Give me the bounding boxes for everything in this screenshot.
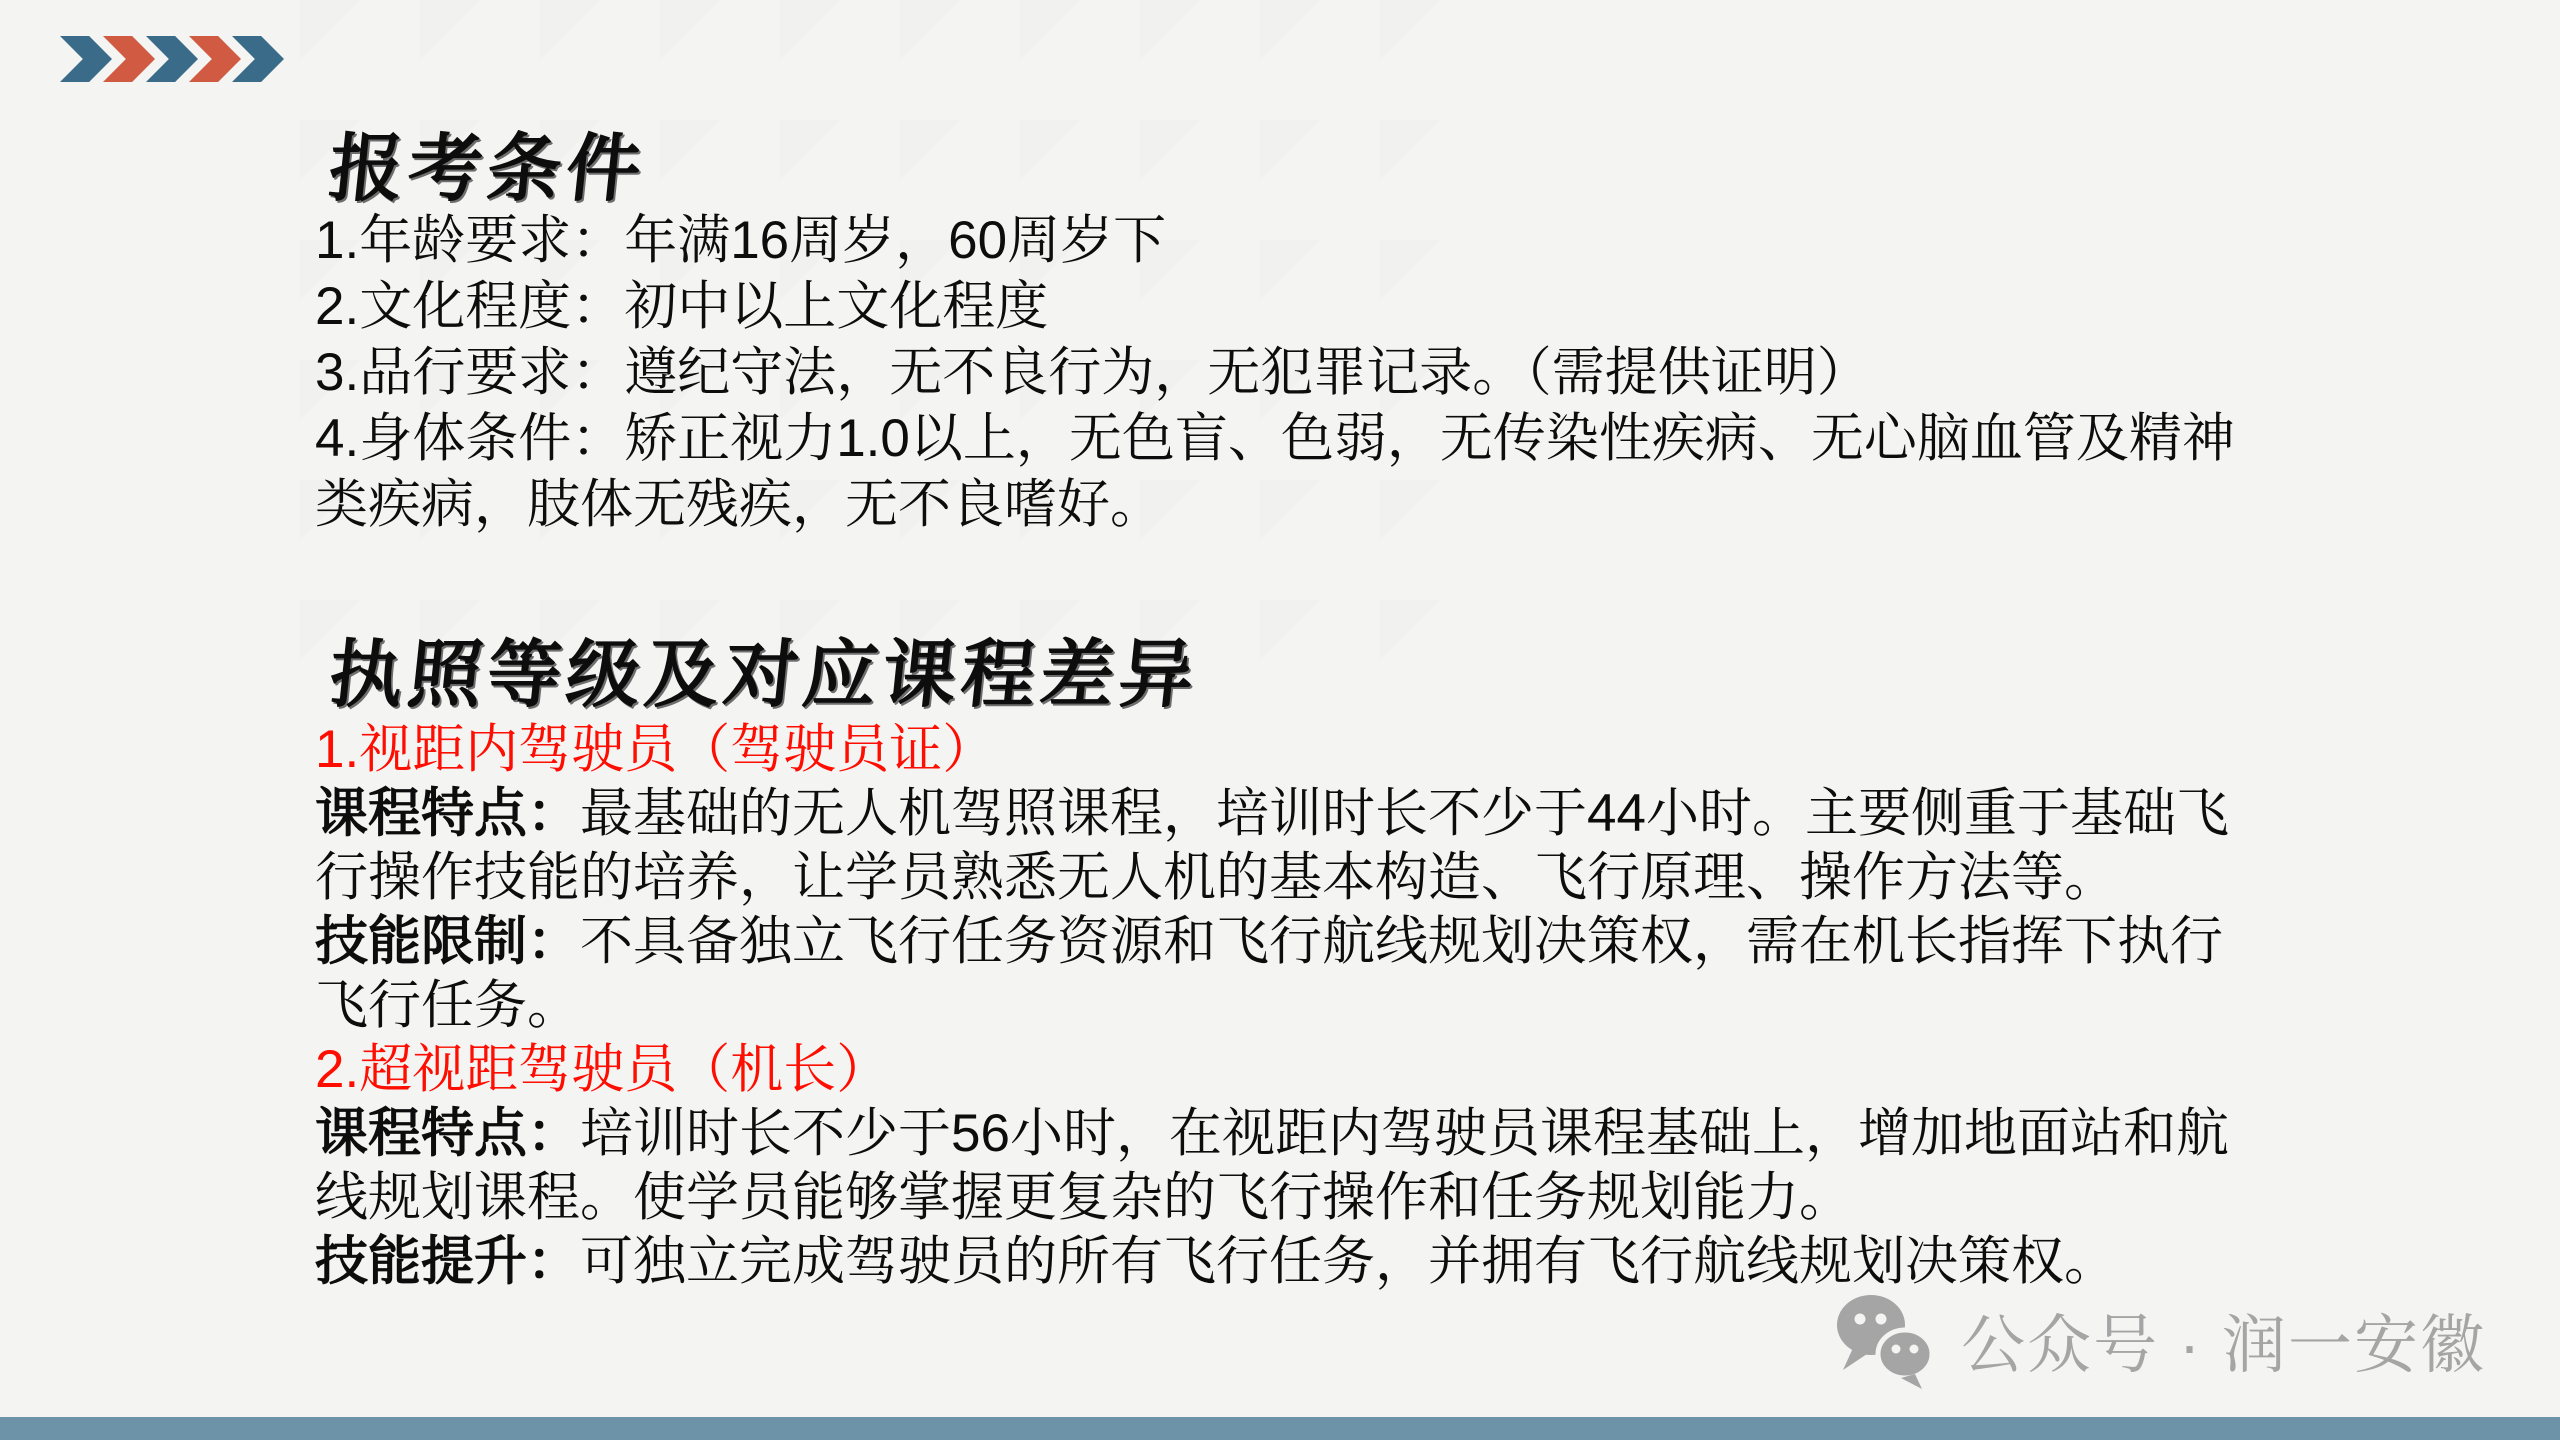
section-title-license: 执照等级及对应课程差异 bbox=[324, 616, 1204, 722]
requirement-item: 4.身体条件：矫正视力1.0以上，无色盲、色弱，无传染性疾病、无心脑血管及精神 bbox=[315, 406, 2485, 472]
watermark: 公众号 · 润一安徽 bbox=[1829, 1290, 2486, 1390]
wechat-icon bbox=[1829, 1290, 1941, 1390]
paragraph-line: 课程特点：最基础的无人机驾照课程，培训时长不少于44小时。主要侧重于基础飞 bbox=[315, 782, 2505, 846]
watermark-text: 公众号 · 润一安徽 bbox=[1961, 1294, 2486, 1386]
requirement-item: 2.文化程度：初中以上文化程度 bbox=[315, 274, 2485, 340]
requirement-item: 3.品行要求：遵纪守法，无不良行为，无犯罪记录。（需提供证明） bbox=[315, 340, 2485, 406]
section-title-requirements: 报考条件 bbox=[324, 110, 651, 216]
paragraph-label: 课程特点： bbox=[315, 784, 580, 843]
paragraph-label: 技能限制： bbox=[315, 912, 580, 971]
footer-bar bbox=[0, 1417, 2560, 1440]
requirements-list: 1.年龄要求：年满16周岁，60周岁下 2.文化程度：初中以上文化程度 3.品行… bbox=[315, 208, 2485, 538]
paragraph-line: 课程特点：培训时长不少于56小时，在视距内驾驶员课程基础上，增加地面站和航 bbox=[315, 1102, 2505, 1166]
paragraph-line: 行操作技能的培养，让学员熟悉无人机的基本构造、飞行原理、操作方法等。 bbox=[315, 846, 2505, 910]
license-level-heading: 2.超视距驾驶员（机长） bbox=[315, 1038, 2505, 1102]
paragraph-text: 可独立完成驾驶员的所有飞行任务，并拥有飞行航线规划决策权。 bbox=[580, 1232, 2117, 1291]
paragraph-line: 线规划课程。使学员能够掌握更复杂的飞行操作和任务规划能力。 bbox=[315, 1166, 2505, 1230]
requirement-item-continuation: 类疾病，肢体无残疾，无不良嗜好。 bbox=[315, 472, 2485, 538]
paragraph-line: 飞行任务。 bbox=[315, 974, 2505, 1038]
paragraph-line: 技能提升：可独立完成驾驶员的所有飞行任务，并拥有飞行航线规划决策权。 bbox=[315, 1230, 2505, 1294]
paragraph-text: 不具备独立飞行任务资源和飞行航线规划决策权，需在机长指挥下执行 bbox=[580, 912, 2223, 971]
paragraph-label: 技能提升： bbox=[315, 1232, 580, 1291]
license-levels: 1.视距内驾驶员（驾驶员证） 课程特点：最基础的无人机驾照课程，培训时长不少于4… bbox=[315, 718, 2505, 1294]
paragraph-text: 最基础的无人机驾照课程，培训时长不少于44小时。主要侧重于基础飞 bbox=[580, 784, 2229, 843]
paragraph-text: 培训时长不少于56小时，在视距内驾驶员课程基础上，增加地面站和航 bbox=[580, 1104, 2229, 1163]
slide: 报考条件 1.年龄要求：年满16周岁，60周岁下 2.文化程度：初中以上文化程度… bbox=[0, 0, 2560, 1440]
decorative-chevrons bbox=[60, 36, 275, 82]
requirement-item: 1.年龄要求：年满16周岁，60周岁下 bbox=[315, 208, 2485, 274]
paragraph-label: 课程特点： bbox=[315, 1104, 580, 1163]
chevron-right-icon bbox=[60, 36, 112, 82]
license-level-heading: 1.视距内驾驶员（驾驶员证） bbox=[315, 718, 2505, 782]
paragraph-line: 技能限制：不具备独立飞行任务资源和飞行航线规划决策权，需在机长指挥下执行 bbox=[315, 910, 2505, 974]
